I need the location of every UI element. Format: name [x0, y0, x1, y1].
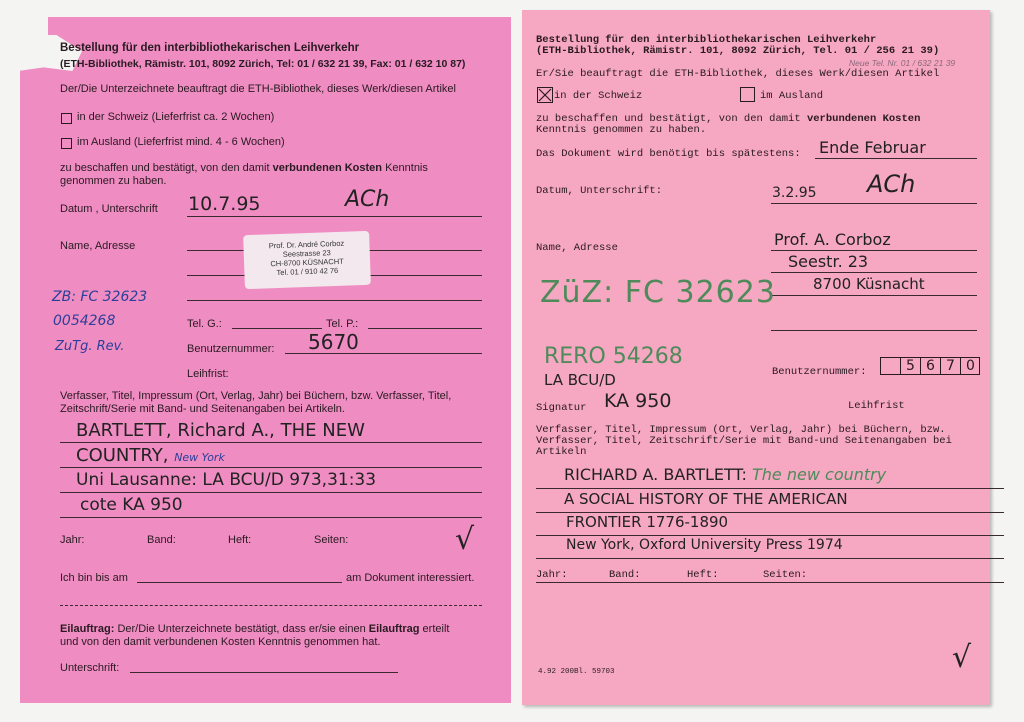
issue-label: Heft:: [228, 534, 251, 546]
form-code: 4.92 200Bl. 59703: [538, 668, 615, 676]
express-signature-label: Unterschrift:: [60, 662, 119, 674]
description-line[interactable]: Uni Lausanne: LA BCU/D 973,31:33: [76, 470, 376, 490]
user-number-boxes[interactable]: 5 6 7 0: [880, 357, 980, 375]
new-tel-stamp: Neue Tel. Nr. 01 / 632 21 39: [849, 58, 955, 68]
tel-g-label: Tel. G.:: [187, 318, 222, 330]
loan-period-label: Leihfrist:: [187, 368, 229, 380]
description-line[interactable]: FRONTIER 1776-1890: [566, 513, 728, 531]
name-label: Name, Adresse: [60, 240, 135, 252]
checkbox-schweiz-checked[interactable]: [537, 87, 553, 103]
description-line[interactable]: BARTLETT, Richard A., THE NEW: [76, 420, 365, 441]
description-line[interactable]: cote KA 950: [80, 495, 183, 515]
form-title: Bestellung für den interbibliothekarisch…: [60, 42, 359, 54]
description-line[interactable]: RICHARD A. BARTLETT: The new country: [564, 465, 886, 484]
express-text: Eilauftrag: Der/Die Unterzeichnete bestä…: [60, 623, 449, 635]
description-line[interactable]: New York, Oxford University Press 1974: [566, 537, 843, 553]
tel-p-label: Tel. P.:: [326, 318, 358, 330]
address-line[interactable]: Prof. A. Corboz: [774, 230, 891, 249]
option-ausland-label: im Ausland (Lieferfrist mind. 4 - 6 Woch…: [77, 136, 285, 148]
user-number-label: Benutzernummer:: [772, 366, 867, 378]
green-note: RERO 54268: [544, 344, 683, 369]
torn-corner: [18, 15, 48, 35]
name-label: Name, Adresse: [536, 242, 618, 254]
volume-label: Band:: [609, 569, 641, 581]
checkmark: √: [455, 522, 474, 557]
divider: [60, 605, 482, 606]
location-note: LA BCU/D: [544, 371, 616, 389]
signature-field[interactable]: ACh: [867, 170, 915, 198]
address-line[interactable]: 8700 Küsnacht: [813, 275, 925, 293]
cost-text-cont: genommen zu haben.: [60, 175, 166, 187]
option-schweiz-label: in der Schweiz: [554, 90, 642, 102]
description-line[interactable]: A SOCIAL HISTORY OF THE AMERICAN: [564, 490, 848, 508]
express-signature-field[interactable]: [130, 672, 398, 673]
cost-text: zu beschaffen und bestätigt, von den dam…: [60, 162, 428, 174]
tel-p-field[interactable]: [368, 328, 482, 329]
option-schweiz-label: in der Schweiz (Lieferfrist ca. 2 Wochen…: [77, 111, 274, 123]
description-label: Verfasser, Titel, Zeitschrift/Serie mit …: [536, 435, 952, 447]
option-ausland-label: im Ausland: [760, 90, 823, 102]
user-number-label: Benutzernummer:: [187, 343, 274, 355]
pages-label: Seiten:: [763, 569, 807, 581]
address-sticker: Prof. Dr. André Corboz Seestrasse 23 CH-…: [243, 231, 371, 289]
needed-by-field[interactable]: Ende Februar: [819, 138, 926, 157]
margin-note: 0054268: [53, 313, 115, 329]
volume-label: Band:: [147, 534, 176, 546]
needed-by-label: Das Dokument wird benötigt bis spätesten…: [536, 148, 801, 160]
checkbox-ausland[interactable]: [61, 138, 72, 149]
signature-call-number-label: Signatur: [536, 402, 586, 414]
cost-text-cont: Kenntnis genommen zu haben.: [536, 124, 706, 136]
green-note: ZüZ: FC 32623: [540, 275, 776, 310]
x-mark-icon: [538, 88, 552, 102]
call-number-field[interactable]: KA 950: [604, 390, 671, 412]
intro-text: Der/Die Unterzeichnete beauftragt die ET…: [60, 83, 456, 95]
description-line[interactable]: COUNTRY, New York: [76, 445, 225, 466]
interlibrary-loan-form-right: Bestellung für den interbibliothekarisch…: [522, 10, 990, 705]
user-number-field[interactable]: 5670: [308, 330, 359, 354]
checkmark: √: [952, 640, 971, 675]
date-field[interactable]: 3.2.95: [772, 185, 817, 201]
date-label: Datum , Unterschrift: [60, 203, 158, 215]
date-field[interactable]: 10.7.95: [188, 193, 261, 215]
tel-g-field[interactable]: [232, 328, 322, 329]
description-label: Verfasser, Titel, Impressum (Ort, Verlag…: [60, 390, 500, 416]
interest-suffix: am Dokument interessiert.: [346, 572, 474, 584]
form-subtitle: (ETH-Bibliothek, Rämistr. 101, 8092 Züri…: [60, 58, 465, 70]
interest-label: Ich bin bis am: [60, 572, 128, 584]
signature-field[interactable]: ACh: [345, 187, 389, 212]
year-label: Jahr:: [60, 534, 84, 546]
pages-label: Seiten:: [314, 534, 348, 546]
interlibrary-loan-form-left: Bestellung für den interbibliothekarisch…: [20, 17, 511, 703]
date-label: Datum, Unterschrift:: [536, 185, 662, 197]
loan-period-label: Leihfrist: [848, 400, 905, 412]
interest-date-field[interactable]: [137, 582, 342, 583]
issue-label: Heft:: [687, 569, 719, 581]
checkbox-schweiz[interactable]: [61, 113, 72, 124]
address-line[interactable]: Seestr. 23: [788, 252, 868, 271]
intro-text: Er/Sie beauftragt die ETH-Bibliothek, di…: [536, 68, 939, 80]
year-label: Jahr:: [536, 569, 568, 581]
checkbox-ausland[interactable]: [740, 87, 755, 102]
margin-note: ZB: FC 32623: [52, 289, 147, 305]
form-subtitle: (ETH-Bibliothek, Rämistr. 101, 8092 Züri…: [536, 45, 939, 57]
description-label: Artikeln: [536, 446, 586, 458]
express-text-cont: und von den damit verbundenen Kosten Ken…: [60, 636, 380, 648]
margin-note: ZuTg. Rev.: [55, 339, 124, 354]
